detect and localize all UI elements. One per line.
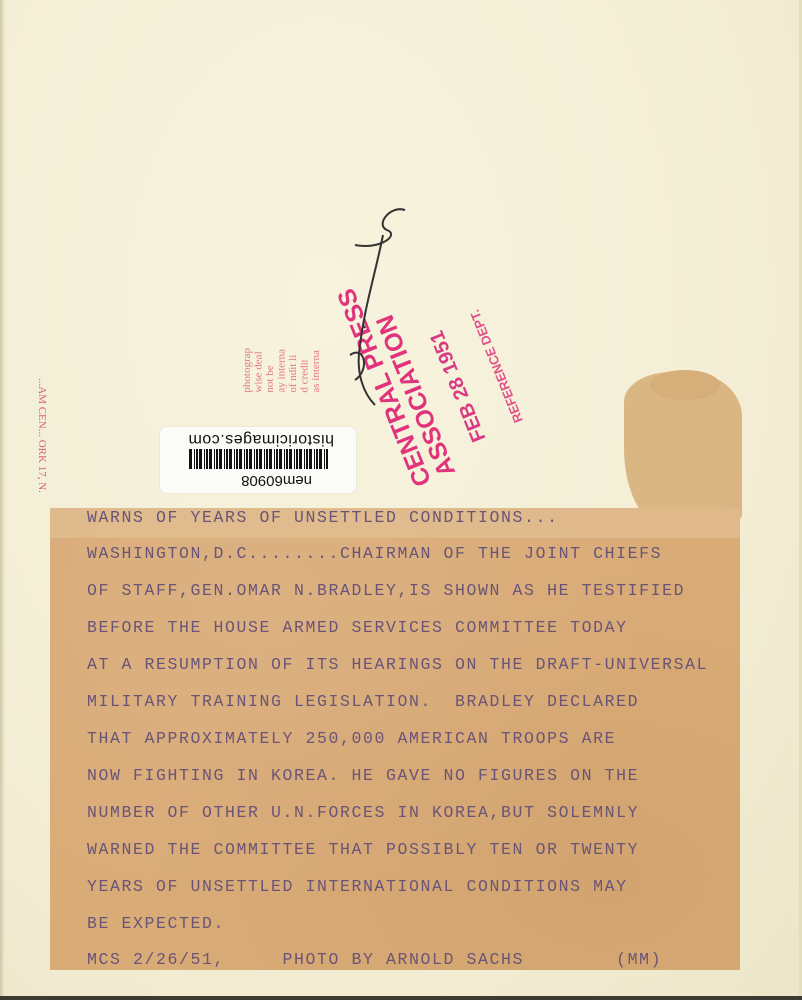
caption-line: YEARS OF UNSETTLED INTERNATIONAL CONDITI… [87, 877, 628, 896]
caption-headline: WARNS OF YEARS OF UNSETTLED CONDITIONS..… [87, 508, 559, 527]
caption-line: THAT APPROXIMATELY 250,000 AMERICAN TROO… [87, 729, 616, 748]
caption-line: MILITARY TRAINING LEGISLATION. BRADLEY D… [87, 692, 639, 711]
barcode-icon [188, 449, 328, 469]
paper-bottom-edge [0, 996, 802, 1000]
inventory-id: nem60908 [241, 472, 312, 489]
caption-line: NOW FIGHTING IN KOREA. HE GAVE NO FIGURE… [87, 766, 639, 785]
caption-line: BE EXPECTED. [87, 914, 225, 933]
caption-line: AT A RESUMPTION OF ITS HEARINGS ON THE D… [87, 655, 708, 674]
caption-line: OF STAFF,GEN.OMAR N.BRADLEY,IS SHOWN AS … [87, 581, 685, 600]
paper-left-edge [0, 0, 5, 1000]
caption-line: WASHINGTON,D.C........CHAIRMAN OF THE JO… [87, 544, 662, 563]
caption-line: NUMBER OF OTHER U.N.FORCES IN KOREA,BUT … [87, 803, 639, 822]
caption-slip: WARNS OF YEARS OF UNSETTLED CONDITIONS..… [50, 508, 740, 970]
copyright-notice-stamp: photograp wise deal not be ay interna of… [242, 348, 323, 393]
caption-credit-line: MCS 2/26/51, PHOTO BY ARNOLD SACHS (MM) [87, 950, 662, 969]
old-agency-stamp: ...AM CEN... ORK 17, N. [36, 378, 48, 493]
glue-stain-top [650, 370, 720, 400]
caption-line: BEFORE THE HOUSE ARMED SERVICES COMMITTE… [87, 618, 628, 637]
caption-line: WARNED THE COMMITTEE THAT POSSIBLY TEN O… [87, 840, 639, 859]
inventory-barcode-label: nem60908 historicimages.com [160, 427, 356, 493]
website-label: historicimages.com [188, 430, 334, 448]
signature-handwriting [335, 205, 415, 415]
